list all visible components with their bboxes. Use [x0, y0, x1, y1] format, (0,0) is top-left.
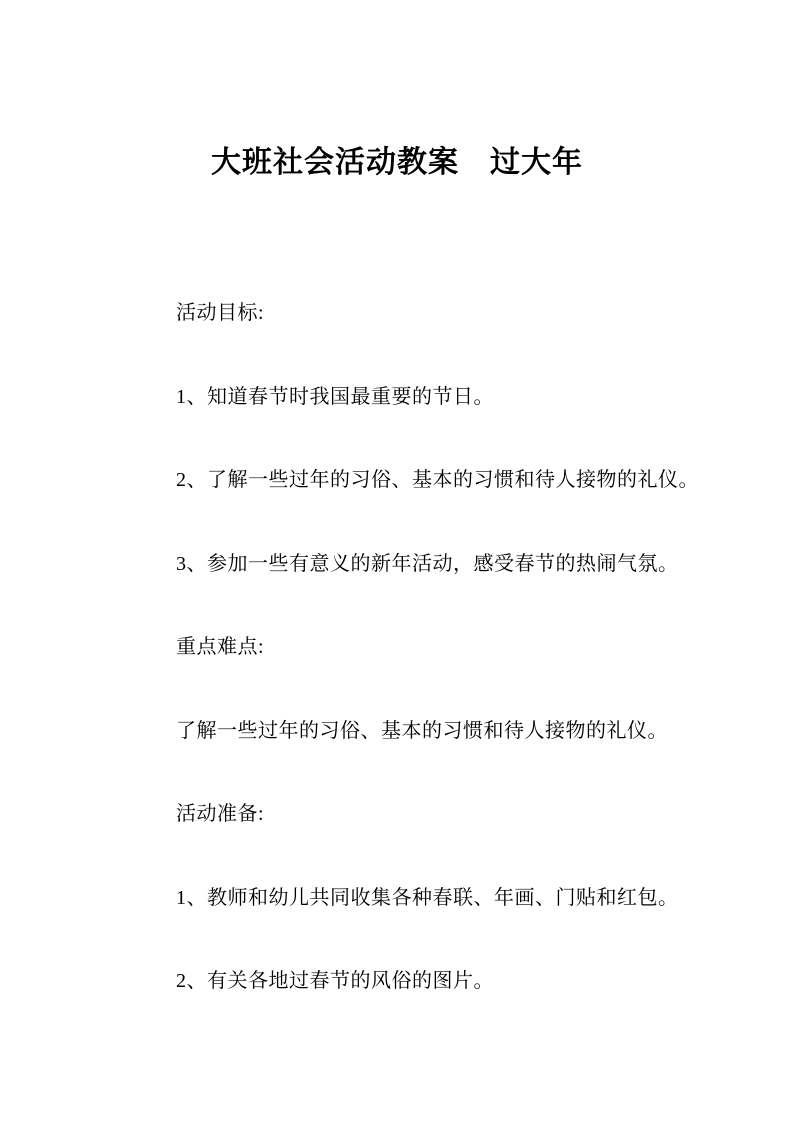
document-page: 大班社会活动教案 过大年 活动目标: 1、知道春节时我国最重要的节日。 2、了解…: [0, 0, 794, 1123]
document-title: 大班社会活动教案 过大年: [0, 145, 794, 181]
paragraph-goal-2: 2、了解一些过年的习俗、基本的习惯和待人接物的礼仪。: [176, 470, 736, 492]
paragraph-preparation-2: 2、有关各地过春节的风俗的图片。: [176, 971, 736, 993]
paragraph-goal-1: 1、知道春节时我国最重要的节日。: [176, 387, 736, 409]
paragraph-key-difficulty: 了解一些过年的习俗、基本的习惯和待人接物的礼仪。: [176, 721, 736, 743]
section-heading-activity-preparation: 活动准备:: [176, 804, 736, 826]
paragraph-preparation-1: 1、教师和幼儿共同收集各种春联、年画、门贴和红包。: [176, 888, 736, 910]
document-body: 活动目标: 1、知道春节时我国最重要的节日。 2、了解一些过年的习俗、基本的习惯…: [176, 303, 736, 1055]
paragraph-goal-3: 3、参加一些有意义的新年活动，感受春节的热闹气氛。: [176, 554, 736, 576]
section-heading-key-difficulties: 重点难点:: [176, 637, 736, 659]
section-heading-activity-goals: 活动目标:: [176, 303, 736, 325]
